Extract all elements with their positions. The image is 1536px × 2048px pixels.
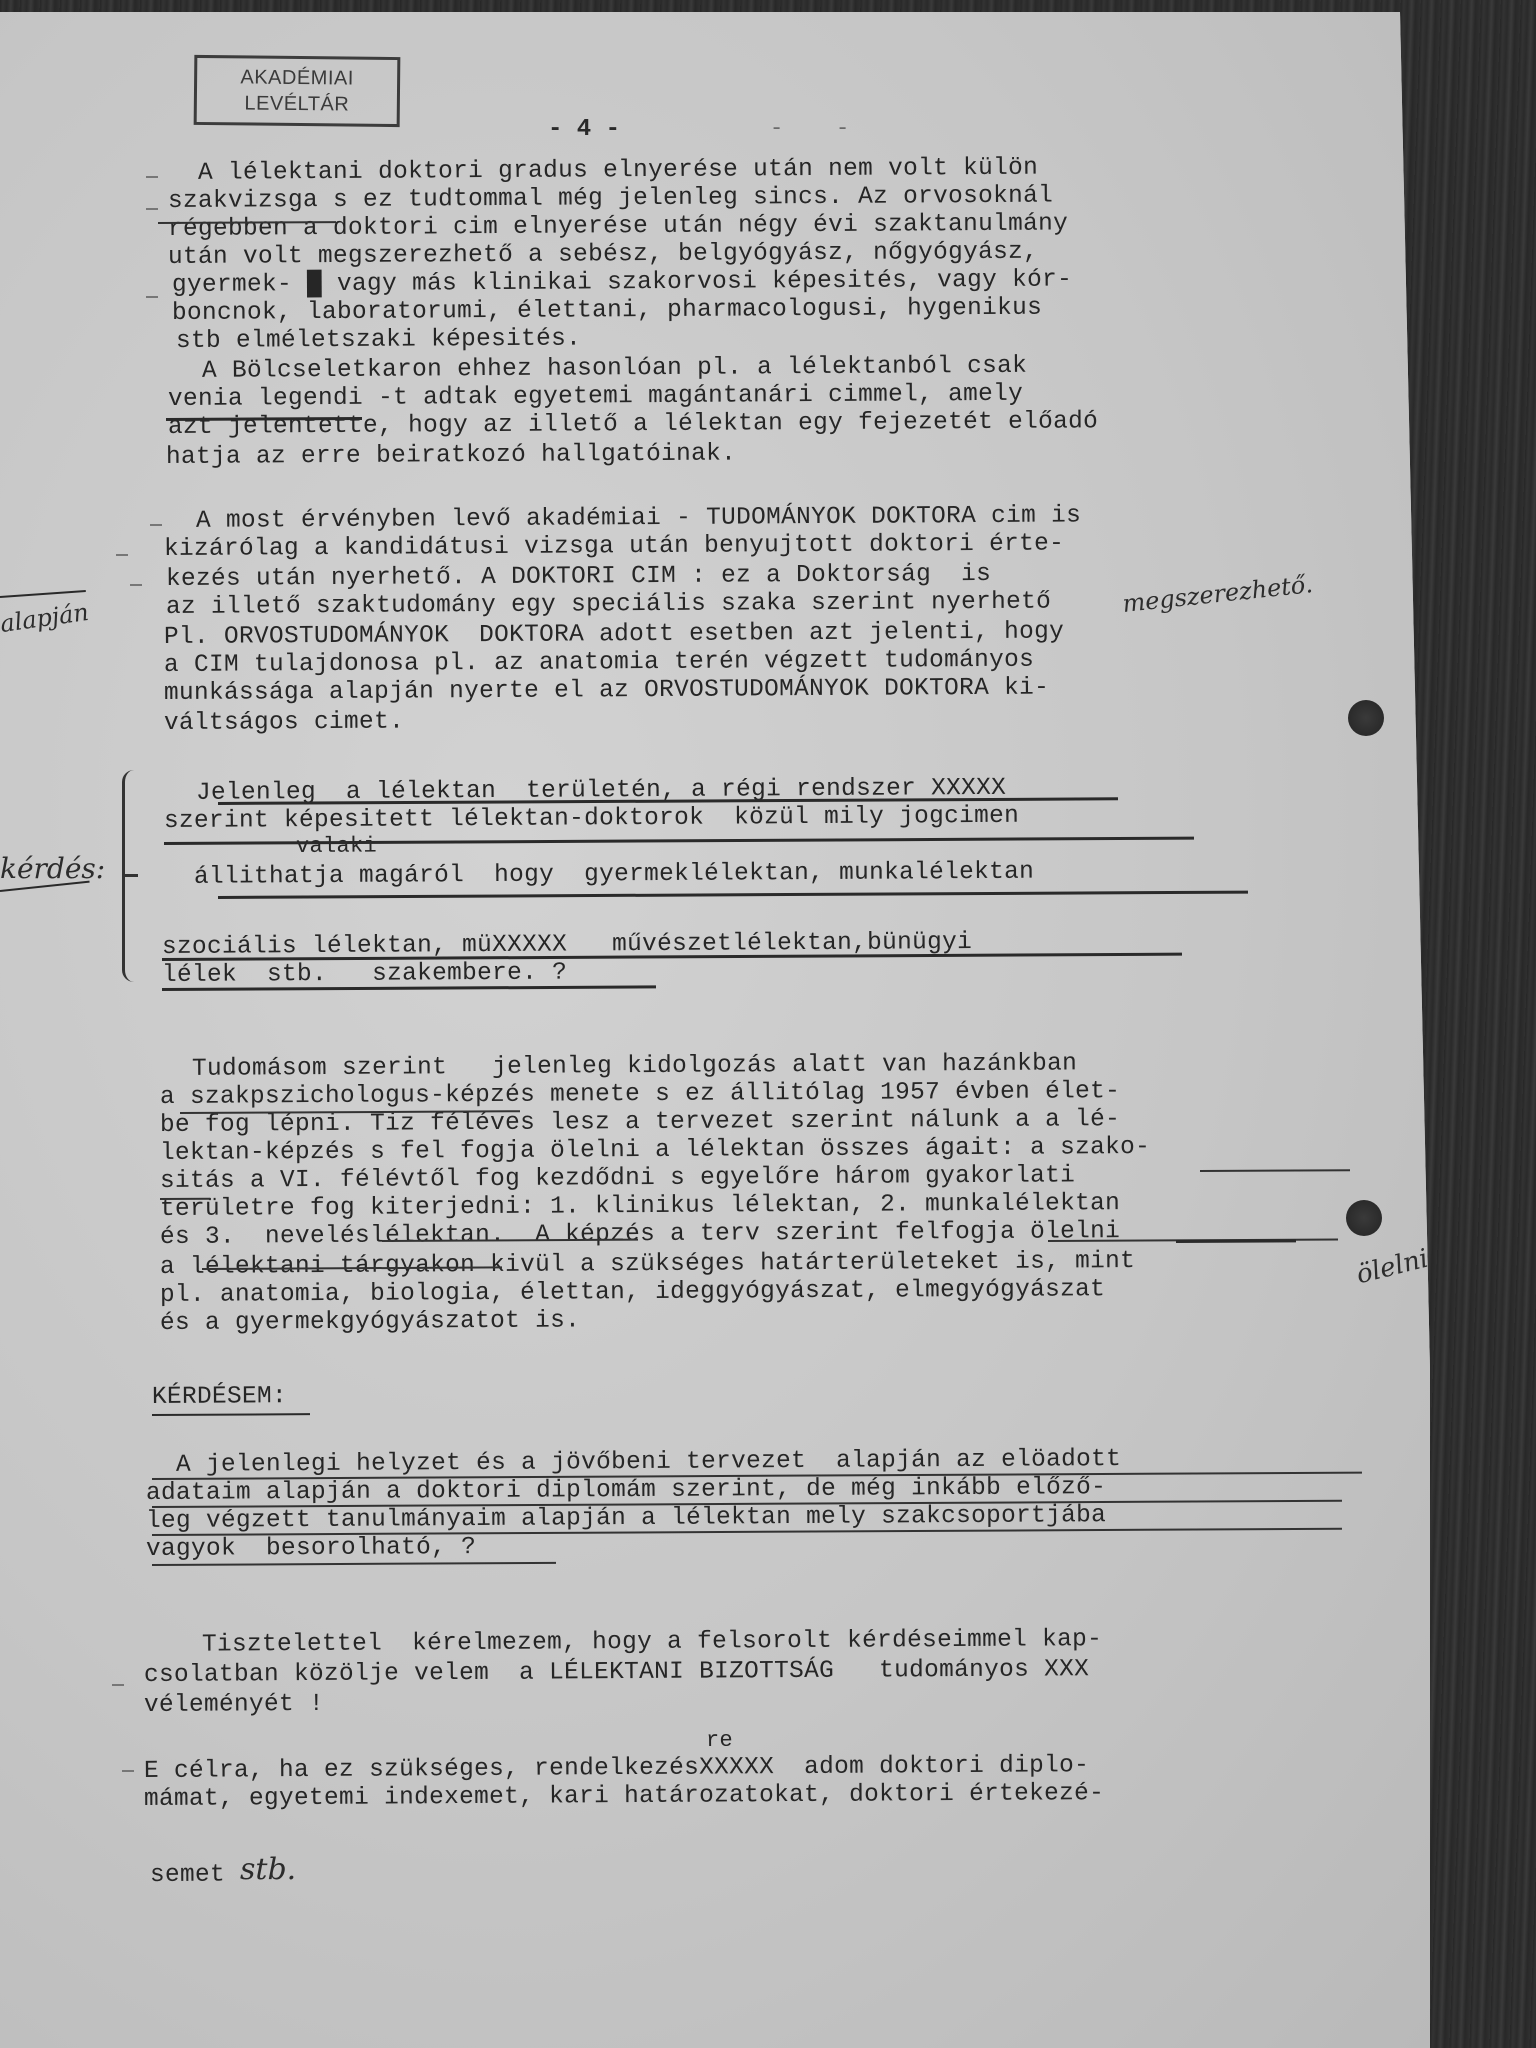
text-line: kizárólag a kandidátusi vizsga után beny…: [164, 531, 1064, 563]
hand-underline: [160, 1198, 210, 1200]
margin-note-line: [0, 590, 86, 598]
text-line: semet: [150, 1862, 225, 1889]
text-line: A most érvényben levő akadémiai - TUDOMÁ…: [166, 502, 1081, 535]
text-line: lélek stb. szakembere. ?: [162, 960, 567, 989]
punch-hole: [1348, 700, 1384, 736]
text-line: vagyok besorolható, ?: [146, 1534, 476, 1563]
archive-stamp: AKADÉMIAI LEVÉLTÁR: [194, 55, 401, 127]
text-line: régebben a doktori cim elnyerése után né…: [168, 211, 1068, 243]
text-line: állithatja magáról hogy gyermeklélektan,…: [164, 859, 1034, 891]
text-line: csolatban közölje velem a LÉLEKTANI BIZO…: [144, 1656, 1089, 1689]
text-line: után volt megszerezhető a sebész, belgyó…: [168, 239, 1038, 271]
margin-mark: [130, 584, 142, 586]
margin-mark: [122, 1770, 134, 1772]
inserted-word: re: [706, 1728, 733, 1753]
stamp-line-1: AKADÉMIAI: [197, 64, 397, 92]
handwritten-addition: stb.: [240, 1852, 296, 1887]
text-line: pl. anatomia, biologia, élettan, ideggyó…: [160, 1276, 1105, 1309]
stray-mark: -: [836, 116, 849, 141]
strikethrough: [1176, 1239, 1296, 1243]
text-line: venia legendi -t adtak egyetemi magántan…: [168, 381, 1023, 413]
text-line: kezés után nyerhető. A DOKTORI CIM : ez …: [166, 561, 991, 593]
text-line: szakvizsga s ez tudtommal még jelenleg s…: [168, 183, 1053, 215]
stamp-line-2: LEVÉLTÁR: [197, 90, 397, 118]
margin-bracket-tip: [122, 874, 138, 877]
text-line: sitás a VI. félévtől fog kezdődni s egye…: [160, 1162, 1075, 1195]
text-line: A Bölcseletkaron ehhez hasonlóan pl. a l…: [172, 353, 1027, 385]
text-line: munkássága alapján nyerte el az ORVOSTUD…: [164, 675, 1049, 707]
text-line: stb elméletszaki képesités.: [176, 326, 581, 355]
heading-underline: [152, 1413, 310, 1416]
punch-hole: [1346, 1200, 1382, 1236]
handwritten-correction: ölelni: [1353, 1244, 1431, 1291]
text-line: Tudomásom szerint jelenleg kidolgozás al…: [162, 1050, 1077, 1083]
document-page: AKADÉMIAI LEVÉLTÁR - 4 - - - A lélektani…: [0, 12, 1430, 2048]
margin-mark: [116, 554, 128, 556]
text-line: gyermek- █ vagy más klinikai szakorvosi …: [172, 267, 1072, 299]
text-line: szerint képesitett lélektan-doktorok köz…: [164, 803, 1019, 835]
inserted-word: valaki: [296, 834, 377, 859]
text-line: a CIM tulajdonosa pl. az anatomia terén …: [164, 647, 1034, 679]
hand-underline: [1200, 1169, 1350, 1172]
text-line: Pl. ORVOSTUDOMÁNYOK DOKTORA adott esetbe…: [164, 619, 1064, 651]
text-line: az illető szaktudomány egy speciális sza…: [166, 589, 1051, 621]
text-line: mámat, egyetemi indexemet, kari határoza…: [144, 1780, 1104, 1813]
text-line: és 3. neveléslélektan. A képzés a terv s…: [160, 1218, 1120, 1251]
margin-mark: [146, 296, 158, 298]
text-line: E célra, ha ez szükséges, rendelkezésXXX…: [144, 1752, 1089, 1785]
text-line: váltságos cimet.: [164, 709, 404, 737]
section-heading: KÉRDÉSEM:: [152, 1383, 287, 1411]
margin-mark: [112, 1684, 124, 1686]
text-line: véleményét !: [144, 1691, 324, 1719]
text-line: hatja az erre beiratkozó hallgatóinak.: [166, 441, 736, 471]
stray-mark: -: [770, 116, 783, 141]
text-line: azt jelentette, hogy az illető a lélekta…: [168, 408, 1098, 441]
page-number: - 4 -: [548, 116, 620, 143]
margin-mark: [146, 176, 158, 178]
text-line: Tisztelettel kérelmezem, hogy a felsorol…: [142, 1626, 1102, 1659]
handwritten-correction: megszerezhető.: [1121, 570, 1314, 618]
text-line: boncnok, laboratorumi, élettani, pharmac…: [172, 295, 1042, 327]
margin-mark: [150, 524, 162, 526]
text-line: és a gyermekgyógyászatot is.: [160, 1307, 580, 1337]
underline: [218, 891, 1248, 899]
margin-note-alapjan: alapján: [0, 598, 90, 638]
text-line: A lélektani doktori gradus elnyerése utá…: [168, 155, 1038, 187]
margin-mark: [146, 208, 158, 210]
